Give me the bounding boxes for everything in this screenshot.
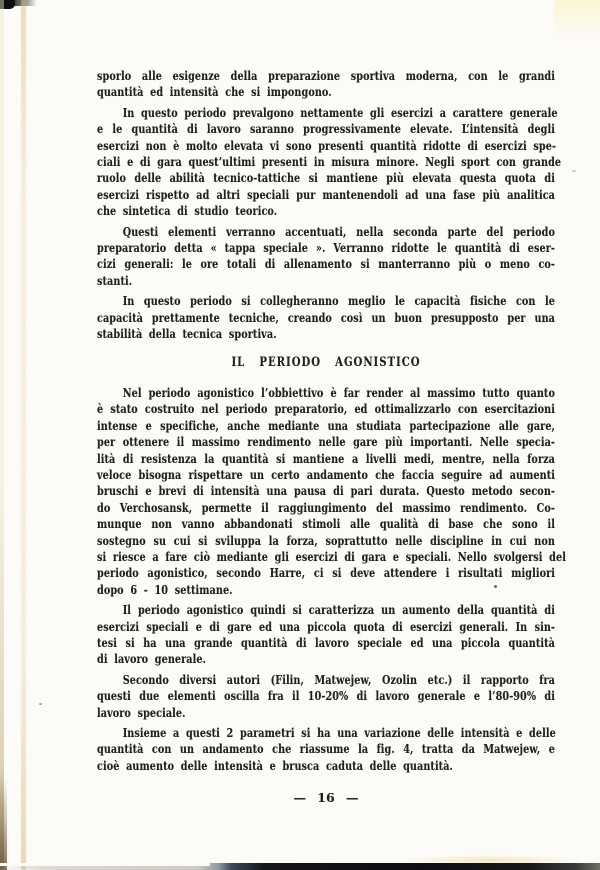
text-line: Il periodo agonistico quindi si caratter… [97, 602, 555, 618]
paragraph: Nel periodo agonistico l’obbiettivo è fa… [97, 385, 555, 598]
text-line: lavoro speciale. [97, 705, 555, 721]
text-line: stanti. [97, 273, 555, 289]
section-heading: IL PERIODO AGONISTICO [97, 354, 555, 370]
print-speck [39, 703, 42, 705]
text-line: Questi elementi verranno accentuati, nel… [97, 224, 555, 240]
scanned-book-page: sporlo alle esigenze della preparazione … [0, 0, 600, 870]
text-line: questi due elementi oscilla fra il 10-20… [97, 688, 555, 704]
text-line: sporlo alle esigenze della preparazione … [97, 68, 555, 84]
paragraph: sporlo alle esigenze della preparazione … [97, 68, 555, 101]
page-edge-shadow-bottom-left [0, 778, 7, 870]
text-line: periodo agonistico, secondo Harre, ci si… [97, 565, 555, 581]
print-speck [572, 170, 576, 172]
paragraph: In questo periodo si collegheranno megli… [97, 293, 555, 342]
text-line: bruschi e brevi di intensità una pausa d… [97, 483, 555, 499]
paragraph: In questo periodo prevalgono nettamente … [97, 105, 555, 220]
text-line: In questo periodo prevalgono nettamente … [97, 105, 555, 121]
page-left-edge-shading [0, 0, 4, 870]
text-line: intense e specifiche, anche mediante una… [97, 418, 555, 434]
text-line: Secondo diversi autori (Filin, Matwejew,… [97, 672, 555, 688]
text-line: veloce bisogna rispettare un certo andam… [97, 467, 555, 483]
text-line: lità di resistenza la quantità si mantie… [97, 451, 555, 467]
paragraph: Il periodo agonistico quindi si caratter… [97, 602, 555, 668]
text-line: quantità ed intensità che si impongono. [97, 84, 555, 100]
text-line: ruolo delle abilità tecnico-tattiche si … [97, 170, 555, 186]
text-line: per ottenere il massimo rendimento nelle… [97, 434, 555, 450]
text-line: cioè aumento delle intensità e brusca ca… [97, 758, 555, 774]
text-line: munque non vanno abbandonati stimoli all… [97, 516, 555, 532]
text-line: stabilità della tecnica sportiva. [97, 326, 555, 342]
text-line: di lavoro generale. [97, 651, 555, 667]
paragraph: Questi elementi verranno accentuati, nel… [97, 224, 555, 290]
page-number: — 16 — [97, 790, 555, 805]
text-line: è stato costruito nel periodo preparator… [97, 401, 555, 417]
text-line: sostegno su cui si sviluppa la forza, so… [97, 533, 555, 549]
ink-smudge-top-left-fade [9, 0, 37, 6]
text-line: che sintetica di studio teorico. [97, 203, 555, 219]
binding-crease-line [21, 0, 26, 870]
text-line: esercizi speciali e di gare ed una picco… [97, 619, 555, 635]
paragraph: Insieme a questi 2 parametri si ha una v… [97, 725, 555, 774]
text-line: In questo periodo si collegheranno megli… [97, 293, 555, 309]
text-line: ciali e di gara quest’ultimi presenti in… [97, 154, 555, 170]
paragraph: Secondo diversi autori (Filin, Matwejew,… [97, 672, 555, 721]
text-line: Nel periodo agonistico l’obbiettivo è fa… [97, 385, 555, 401]
text-line: tesi si ha una grande quantità di lavoro… [97, 635, 555, 651]
ink-smudge-top-left [0, 0, 15, 9]
page-text: sporlo alle esigenze della preparazione … [97, 68, 555, 774]
paper-tint-top-right [554, 0, 600, 60]
text-line: Insieme a questi 2 parametri si ha una v… [97, 725, 555, 741]
text-line: quantità con un andamento che riassume l… [97, 741, 555, 757]
text-line: esercizi non è molto elevata vi sono pre… [97, 138, 555, 154]
text-line: dopo 6 - 10 settimane. [97, 582, 555, 598]
text-line: e le quantità di lavoro saranno progress… [97, 121, 555, 137]
scan-edge-bottom [0, 863, 600, 870]
text-line: cizi generali: le ore totali di allename… [97, 256, 555, 272]
text-line: do Verchosansk, permette il raggiungimen… [97, 500, 555, 516]
text-line: preparatorio detta « tappa speciale ». V… [97, 240, 555, 256]
paper-tint-bottom-right [400, 855, 580, 865]
text-line: esercizi rispetto ad altri speciali pur … [97, 187, 555, 203]
text-line: capacità prettamente tecniche, creando c… [97, 310, 555, 326]
text-line: si riesce a fare ciò mediante gli eserci… [97, 549, 555, 565]
